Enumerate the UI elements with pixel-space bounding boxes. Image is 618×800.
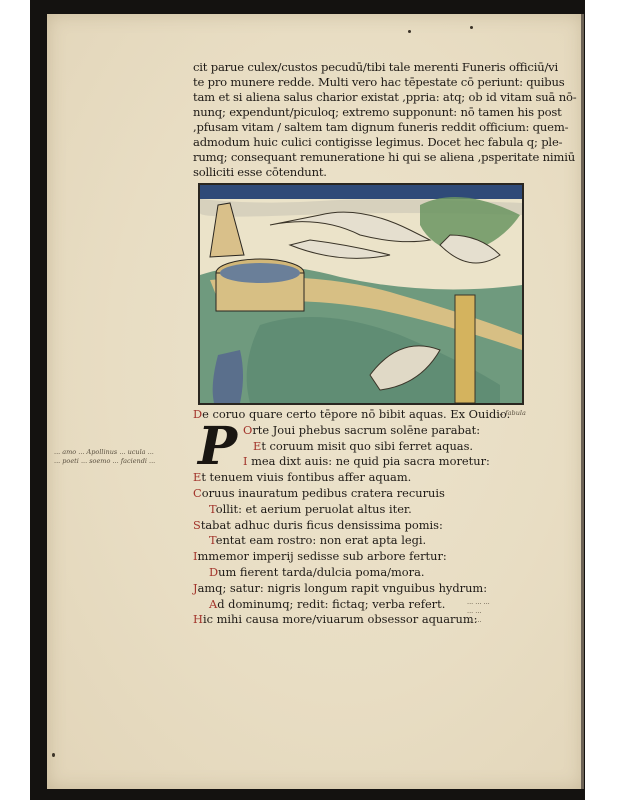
woodcut-illustration: [198, 183, 524, 405]
verse-text: ollit: et aerium peruolat altus iter.: [216, 502, 412, 516]
paper-speck: [52, 753, 55, 757]
verse-line: Hic mihi causa more/viuarum obsessor aqu…: [193, 611, 510, 627]
verse-block: De coruo quare certo tēpore nō bibit aqu…: [193, 406, 510, 627]
verse-initial: S: [193, 518, 201, 532]
verse-initial: A: [209, 597, 217, 611]
verse-text: mmemor imperij sedisse sub arbore fertur…: [198, 549, 447, 563]
verse-line: Tollit: et aerium peruolat altus iter.: [193, 501, 510, 517]
verse-text: oruus inauratum pedibus cratera recuruis: [202, 486, 445, 500]
verse-line: Dum fierent tarda/dulcia poma/mora.: [193, 564, 510, 580]
verse-line: I mea dixt auis: ne quid pia sacra moret…: [193, 453, 510, 469]
ravens-woodcut-image: [200, 185, 522, 403]
text-line: nunq; expendunt/piculoq; extremo supponu…: [193, 105, 576, 120]
verse-text: ic mihi causa more/viuarum obsessor aqua…: [203, 612, 478, 626]
text-line: cit parue culex/custos pecudū/tibi tale …: [193, 60, 576, 75]
text-line: rumq; consequant remuneratione hi qui se…: [193, 150, 576, 165]
verse-line: Ad dominumq; redit: fictaq; verba refert…: [193, 596, 510, 612]
heading-text: e coruo quare certo tēpore nō bibit aqua…: [202, 407, 510, 421]
verse-line: Tentat eam rostro: non erat apta legi.: [193, 532, 510, 548]
page-edge: [581, 14, 584, 789]
text-line: admodum huic culici contigisse legimus. …: [193, 135, 576, 150]
marginal-note-line: ... ... ...: [467, 598, 490, 607]
verse-text: tabat adhuc duris ficus densissima pomis…: [201, 518, 443, 532]
paper-speck: [408, 30, 411, 33]
verse-initial: T: [209, 533, 216, 547]
verse-initial: H: [193, 612, 203, 626]
verse-line: Jamq; satur: nigris longum rapit vnguibu…: [193, 580, 510, 596]
verse-initial: T: [209, 502, 216, 516]
verse-line: Orte Joui phebus sacrum solēne parabat:: [193, 422, 510, 438]
verse-text: mea dixt auis: ne quid pia sacra moretur…: [248, 454, 490, 468]
verse-initial: O: [243, 423, 252, 437]
verse-initial: D: [209, 565, 218, 579]
text-line: te pro munere redde. Multi vero hac tēpe…: [193, 75, 576, 90]
verse-text: t coruum misit quo sibi ferret aquas.: [261, 439, 473, 453]
verse-text: entat eam rostro: non erat apta legi.: [216, 533, 426, 547]
verse-text: t tenuem viuis fontibus affer aquam.: [201, 470, 411, 484]
verse-initial: C: [193, 486, 202, 500]
left-marginalia: ... amo ... Apollinus ... ucula ... ... …: [54, 448, 155, 466]
verse-text: um fierent tarda/dulcia poma/mora.: [218, 565, 424, 579]
verse-line: Stabat adhuc duris ficus densissima pomi…: [193, 517, 510, 533]
marginal-note-line: ... ...: [467, 607, 490, 616]
text-line: solliciti esse cōtendunt.: [193, 165, 576, 180]
verse-text: amq; satur: nigris longum rapit vnguibus…: [198, 581, 488, 595]
verse-line: Coruus inauratum pedibus cratera recurui…: [193, 485, 510, 501]
top-paragraph: cit parue culex/custos pecudū/tibi tale …: [193, 60, 576, 180]
verse-line: Et tenuem viuis fontibus affer aquam.: [193, 469, 510, 485]
verse-line: Immemor imperij sedisse sub arbore fertu…: [193, 548, 510, 564]
marginal-note-line: ... ...: [467, 616, 490, 625]
right-marginalia-heading: ... fabula: [497, 409, 526, 418]
verse-text: d dominumq; redit: fictaq; verba refert.: [217, 597, 445, 611]
marginal-note-line: ... poeti ... soemo ... faciendi ...: [54, 457, 155, 466]
fable-heading: De coruo quare certo tēpore nō bibit aqu…: [193, 406, 510, 422]
verse-line: Et coruum misit quo sibi ferret aquas.: [193, 438, 510, 454]
text-line: ,pfusam vitam / saltem tam dignum funeri…: [193, 120, 576, 135]
verse-text: rte Joui phebus sacrum solēne parabat:: [252, 423, 480, 437]
paper-speck: [470, 26, 473, 29]
marginal-note-line: ... amo ... Apollinus ... ucula ...: [54, 448, 155, 457]
text-line: tam et si aliena salus charior existat ,…: [193, 90, 576, 105]
right-marginalia-lower: ... ... ... ... ... ... ...: [467, 598, 490, 625]
heading-initial: D: [193, 407, 202, 421]
